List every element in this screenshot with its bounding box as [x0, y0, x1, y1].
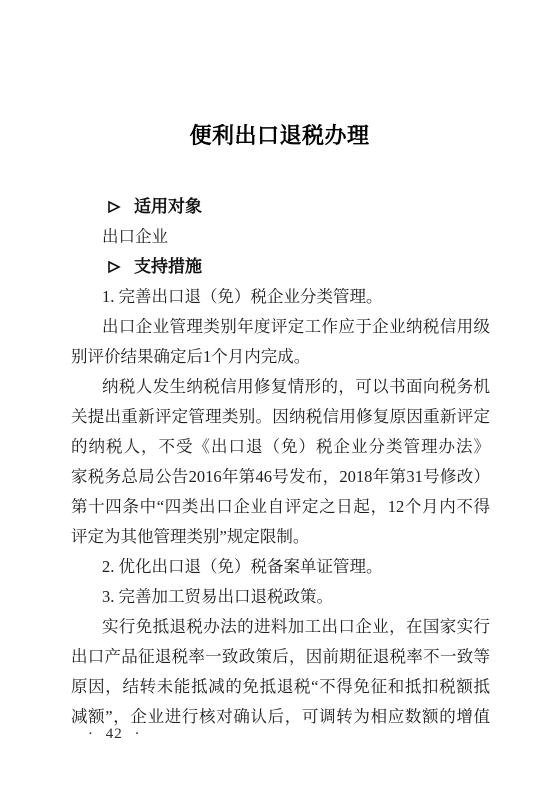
section-heading: 支持措施 — [71, 252, 490, 282]
document-body: 适用对象出口企业支持措施1. 完善出口退（免）税企业分类管理。出口企业管理类别年… — [71, 192, 490, 732]
section-heading: 适用对象 — [71, 192, 490, 222]
body-line: 实行免抵退税办法的进料加工出口企业，在国家实行 — [71, 612, 490, 642]
page-number: · 42 · — [88, 726, 141, 743]
body-line: 关提出重新评定管理类别。因纳税信用修复原因重新评定 — [71, 402, 490, 432]
page-title: 便利出口退税办理 — [0, 120, 559, 152]
right-arrowhead-icon — [107, 200, 121, 214]
body-line: 出口产品征退税率一致政策后，因前期征退税率不一致等 — [71, 642, 490, 672]
right-arrowhead-icon — [107, 260, 121, 274]
body-line: 评定为其他管理类别”规定限制。 — [71, 522, 490, 552]
body-line: 第十四条中“四类出口企业自评定之日起，12个月内不得 — [71, 492, 490, 522]
body-line: 3. 完善加工贸易出口退税政策。 — [71, 582, 490, 612]
document-page: 便利出口退税办理 适用对象出口企业支持措施1. 完善出口退（免）税企业分类管理。… — [0, 0, 559, 793]
body-line: 出口企业管理类别年度评定工作应于企业纳税信用级 — [71, 312, 490, 342]
body-line: 纳税人发生纳税信用修复情形的，可以书面向税务机 — [71, 372, 490, 402]
body-line: 的纳税人，不受《出口退（免）税企业分类管理办法》（国 — [71, 432, 490, 462]
body-line: 1. 完善出口退（免）税企业分类管理。 — [71, 282, 490, 312]
body-line: 2. 优化出口退（免）税备案单证管理。 — [71, 552, 490, 582]
section-heading-label: 适用对象 — [134, 192, 202, 222]
body-line: 原因，结转未能抵减的免抵退税“不得免征和抵扣税额抵 — [71, 672, 490, 702]
body-line: 别评价结果确定后1个月内完成。 — [71, 342, 490, 372]
section-heading-label: 支持措施 — [134, 252, 202, 282]
body-line: 出口企业 — [71, 222, 490, 252]
body-line: 家税务总局公告2016年第46号发布，2018年第31号修改） — [71, 462, 490, 492]
